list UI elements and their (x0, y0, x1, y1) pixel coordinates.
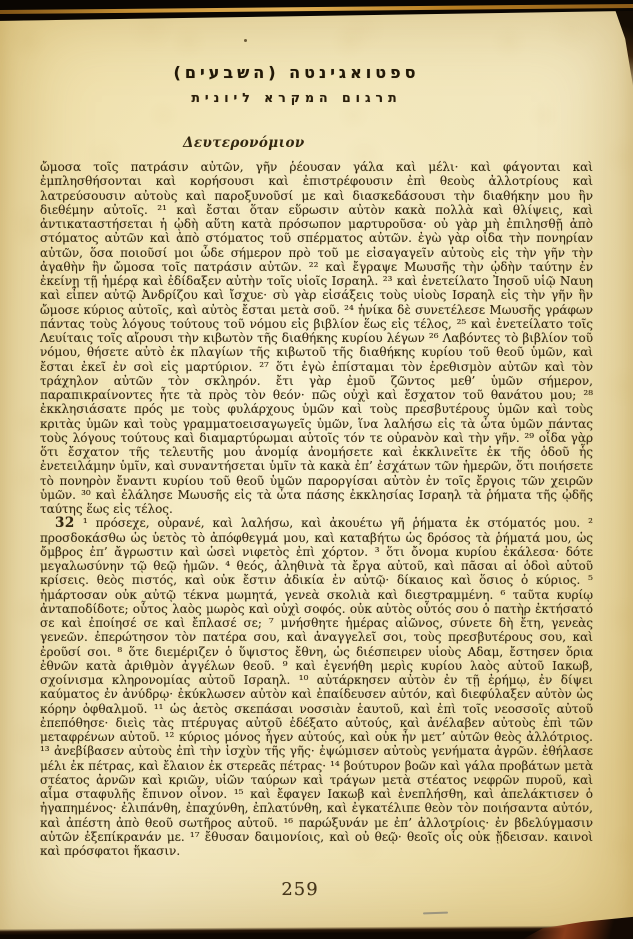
paragraph-deut-32-text: ¹ πρόσεχε, οὐρανέ, καὶ λαλήσω, καὶ ἀκουέ… (40, 516, 593, 858)
greek-book-heading: Δευτερονόμιον (183, 135, 305, 151)
greek-text-block: ὤμοσα τοῖς πατράσιν αὐτῶν, γῆν ῥέουσαν γ… (40, 160, 593, 858)
scanned-book-page: ספטואגינטה (השבעים) תרגום המקרא ליונית Δ… (0, 0, 633, 939)
page-number: 259 (0, 879, 600, 900)
ink-speck (244, 39, 247, 42)
paragraph-deut-31: ὤμοσα τοῖς πατράσιν αὐτῶν, γῆν ῥέουσαν γ… (40, 160, 593, 516)
hebrew-subtitle: תרגום המקרא ליונית (0, 90, 593, 105)
paragraph-deut-32: 32 ¹ πρόσεχε, οὐρανέ, καὶ λαλήσω, καὶ ἀκ… (40, 516, 593, 858)
hebrew-title: ספטואגינטה (השבעים) (0, 63, 593, 82)
chapter-number: 32 (55, 515, 75, 531)
